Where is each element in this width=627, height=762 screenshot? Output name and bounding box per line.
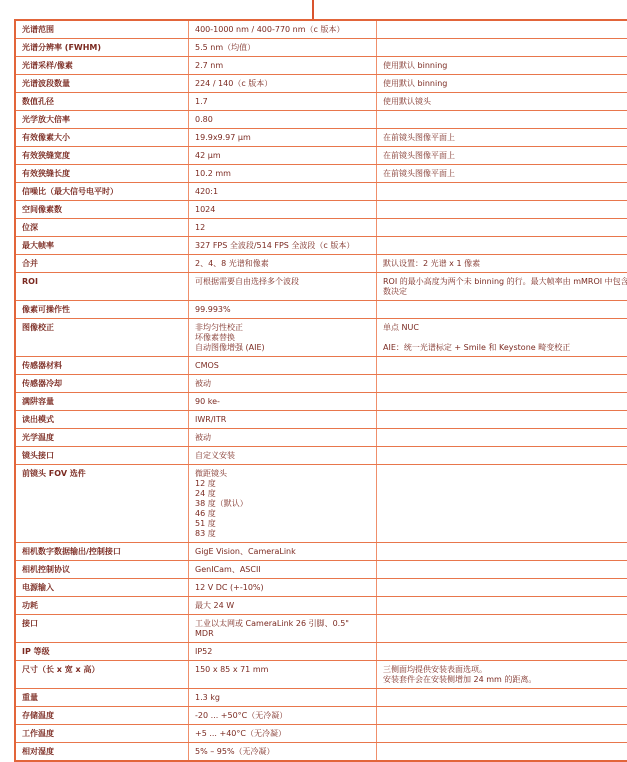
note-cell [377,219,627,237]
param-cell: 前镜头 FOV 选件 [15,465,189,543]
table-row: 工作温度+5 ... +40°C（无冷凝） [15,725,627,742]
table-row: 光学温度被动 [15,429,627,447]
value-cell: 0.80 [189,111,377,129]
note-cell [377,707,627,725]
note-cell: ROI 的最小高度为两个未 binning 的行。最大帧率由 mMROI 中包含… [377,273,627,301]
table-row: 像素可操作性99.993% [15,301,627,319]
param-cell: 合并 [15,255,189,273]
param-cell: 传感器冷却 [15,375,189,393]
value-cell: 420:1 [189,183,377,201]
value-cell: 非均匀性校正 坏像素替换 自动图像增强 (AIE) [189,319,377,357]
table-row: 满阱容量90 ke- [15,393,627,411]
value-cell: 自定义安装 [189,447,377,465]
param-cell: 光谱采样/像素 [15,57,189,75]
value-cell: 2.7 nm [189,57,377,75]
value-cell: IWR/ITR [189,411,377,429]
table-row: 尺寸（长 x 宽 x 高）150 x 85 x 71 mm三侧面均提供安装表面选… [15,661,627,689]
note-cell [377,561,627,579]
note-cell: 在前镜头图像平面上 [377,165,627,183]
table-row: 光学放大倍率0.80 [15,111,627,129]
note-cell: 单点 NUC AIE：统一光谱标定 + Smile 和 Keystone 畸变校… [377,319,627,357]
note-cell [377,725,627,742]
note-cell: 使用默认 binning [377,57,627,75]
note-cell: 三侧面均提供安装表面选项。 安装套件会在安装侧增加 24 mm 的距离。 [377,661,627,689]
note-cell: 使用默认镜头 [377,93,627,111]
value-cell: 10.2 mm [189,165,377,183]
table-row: 存储温度-20 ... +50°C（无冷凝） [15,707,627,725]
value-cell: 327 FPS 全波段/514 FPS 全波段（c 版本） [189,237,377,255]
table-row: 光谱采样/像素2.7 nm使用默认 binning [15,57,627,75]
note-cell [377,597,627,615]
note-cell [377,615,627,643]
param-cell: 接口 [15,615,189,643]
note-cell [377,543,627,561]
param-cell: 位深 [15,219,189,237]
value-cell: 1.7 [189,93,377,111]
page-connector-line [312,0,314,19]
table-row: 接口工业以太网或 CameraLink 26 引脚、0.5" MDR [15,615,627,643]
value-cell: 12 [189,219,377,237]
table-row: 有效狭缝宽度42 μm在前镜头图像平面上 [15,147,627,165]
note-cell [377,357,627,375]
note-cell: 默认设置：2 光谱 x 1 像素 [377,255,627,273]
param-cell: 光谱范围 [15,20,189,39]
value-cell: 90 ke- [189,393,377,411]
param-cell: 存储温度 [15,707,189,725]
note-cell [377,111,627,129]
note-cell [377,393,627,411]
note-cell: 在前镜头图像平面上 [377,129,627,147]
param-cell: 图像校正 [15,319,189,357]
note-cell [377,301,627,319]
value-cell: 1.3 kg [189,689,377,707]
note-cell [377,465,627,543]
note-cell: 在前镜头图像平面上 [377,147,627,165]
value-cell: 1024 [189,201,377,219]
value-cell: 被动 [189,429,377,447]
value-cell: 12 V DC (+-10%) [189,579,377,597]
table-row: 相机控制协议GenICam、ASCII [15,561,627,579]
value-cell: 5.5 nm（均值） [189,39,377,57]
param-cell: 电源输入 [15,579,189,597]
param-cell: IP 等级 [15,643,189,661]
note-cell [377,375,627,393]
param-cell: 工作温度 [15,725,189,742]
param-cell: 读出模式 [15,411,189,429]
param-cell: 像素可操作性 [15,301,189,319]
table-row: 光谱分辨率 (FWHM)5.5 nm（均值） [15,39,627,57]
param-cell: 信噪比（最大信号电平时） [15,183,189,201]
value-cell: 19.9x9.97 μm [189,129,377,147]
param-cell: 满阱容量 [15,393,189,411]
note-cell [377,689,627,707]
param-cell: 有效像素大小 [15,129,189,147]
table-row: ROI可根据需要自由选择多个波段ROI 的最小高度为两个未 binning 的行… [15,273,627,301]
value-cell: IP52 [189,643,377,661]
value-cell: 最大 24 W [189,597,377,615]
value-cell: 150 x 85 x 71 mm [189,661,377,689]
param-cell: 光谱波段数量 [15,75,189,93]
note-cell [377,579,627,597]
value-cell: 2、4、8 光谱和像素 [189,255,377,273]
value-cell: 42 μm [189,147,377,165]
table-row: 光谱范围400-1000 nm / 400-770 nm（c 版本） [15,20,627,39]
value-cell: -20 ... +50°C（无冷凝） [189,707,377,725]
value-cell: 工业以太网或 CameraLink 26 引脚、0.5" MDR [189,615,377,643]
param-cell: 最大帧率 [15,237,189,255]
param-cell: 有效狭缝长度 [15,165,189,183]
param-cell: 空间像素数 [15,201,189,219]
value-cell: 可根据需要自由选择多个波段 [189,273,377,301]
param-cell: 重量 [15,689,189,707]
table-row: 电源输入12 V DC (+-10%) [15,579,627,597]
value-cell: GenICam、ASCII [189,561,377,579]
value-cell: GigE Vision、CameraLink [189,543,377,561]
note-cell [377,201,627,219]
spec-table-body: 光谱范围400-1000 nm / 400-770 nm（c 版本） 光谱分辨率… [15,20,627,741]
note-cell [377,237,627,255]
param-cell: ROI [15,273,189,301]
param-cell: 光学温度 [15,429,189,447]
note-cell [377,447,627,465]
note-cell [377,429,627,447]
note-cell [377,643,627,661]
value-cell: 微距镜头 12 度 24 度 38 度（默认） 46 度 51 度 83 度 [189,465,377,543]
table-row: 前镜头 FOV 选件微距镜头 12 度 24 度 38 度（默认） 46 度 5… [15,465,627,543]
table-row: IP 等级IP52 [15,643,627,661]
param-cell: 传感器材料 [15,357,189,375]
table-row: 信噪比（最大信号电平时）420:1 [15,183,627,201]
param-cell: 相机数字数据输出/控制接口 [15,543,189,561]
spec-table: 光谱范围400-1000 nm / 400-770 nm（c 版本） 光谱分辨率… [14,19,627,741]
param-cell: 光学放大倍率 [15,111,189,129]
value-cell: 99.993% [189,301,377,319]
param-cell: 镜头接口 [15,447,189,465]
table-row: 传感器材料CMOS [15,357,627,375]
table-row: 数值孔径1.7使用默认镜头 [15,93,627,111]
param-cell: 相机控制协议 [15,561,189,579]
param-cell: 数值孔径 [15,93,189,111]
note-cell [377,183,627,201]
value-cell: CMOS [189,357,377,375]
note-cell [377,20,627,39]
value-cell: 400-1000 nm / 400-770 nm（c 版本） [189,20,377,39]
table-row: 重量1.3 kg [15,689,627,707]
table-row: 镜头接口自定义安装 [15,447,627,465]
table-row: 功耗最大 24 W [15,597,627,615]
table-row: 相机数字数据输出/控制接口GigE Vision、CameraLink [15,543,627,561]
note-cell: 使用默认 binning [377,75,627,93]
table-row: 空间像素数1024 [15,201,627,219]
table-row: 最大帧率327 FPS 全波段/514 FPS 全波段（c 版本） [15,237,627,255]
table-row: 合并2、4、8 光谱和像素默认设置：2 光谱 x 1 像素 [15,255,627,273]
note-cell [377,411,627,429]
param-cell: 尺寸（长 x 宽 x 高） [15,661,189,689]
note-cell [377,39,627,57]
value-cell: 被动 [189,375,377,393]
table-row: 传感器冷却被动 [15,375,627,393]
param-cell: 有效狭缝宽度 [15,147,189,165]
table-row: 有效狭缝长度10.2 mm在前镜头图像平面上 [15,165,627,183]
table-row: 读出模式IWR/ITR [15,411,627,429]
table-row: 图像校正非均匀性校正 坏像素替换 自动图像增强 (AIE)单点 NUC AIE：… [15,319,627,357]
value-cell: 224 / 140（c 版本） [189,75,377,93]
param-cell: 功耗 [15,597,189,615]
table-row: 光谱波段数量224 / 140（c 版本）使用默认 binning [15,75,627,93]
param-cell: 光谱分辨率 (FWHM) [15,39,189,57]
table-row: 位深12 [15,219,627,237]
value-cell: +5 ... +40°C（无冷凝） [189,725,377,742]
table-row: 有效像素大小19.9x9.97 μm在前镜头图像平面上 [15,129,627,147]
